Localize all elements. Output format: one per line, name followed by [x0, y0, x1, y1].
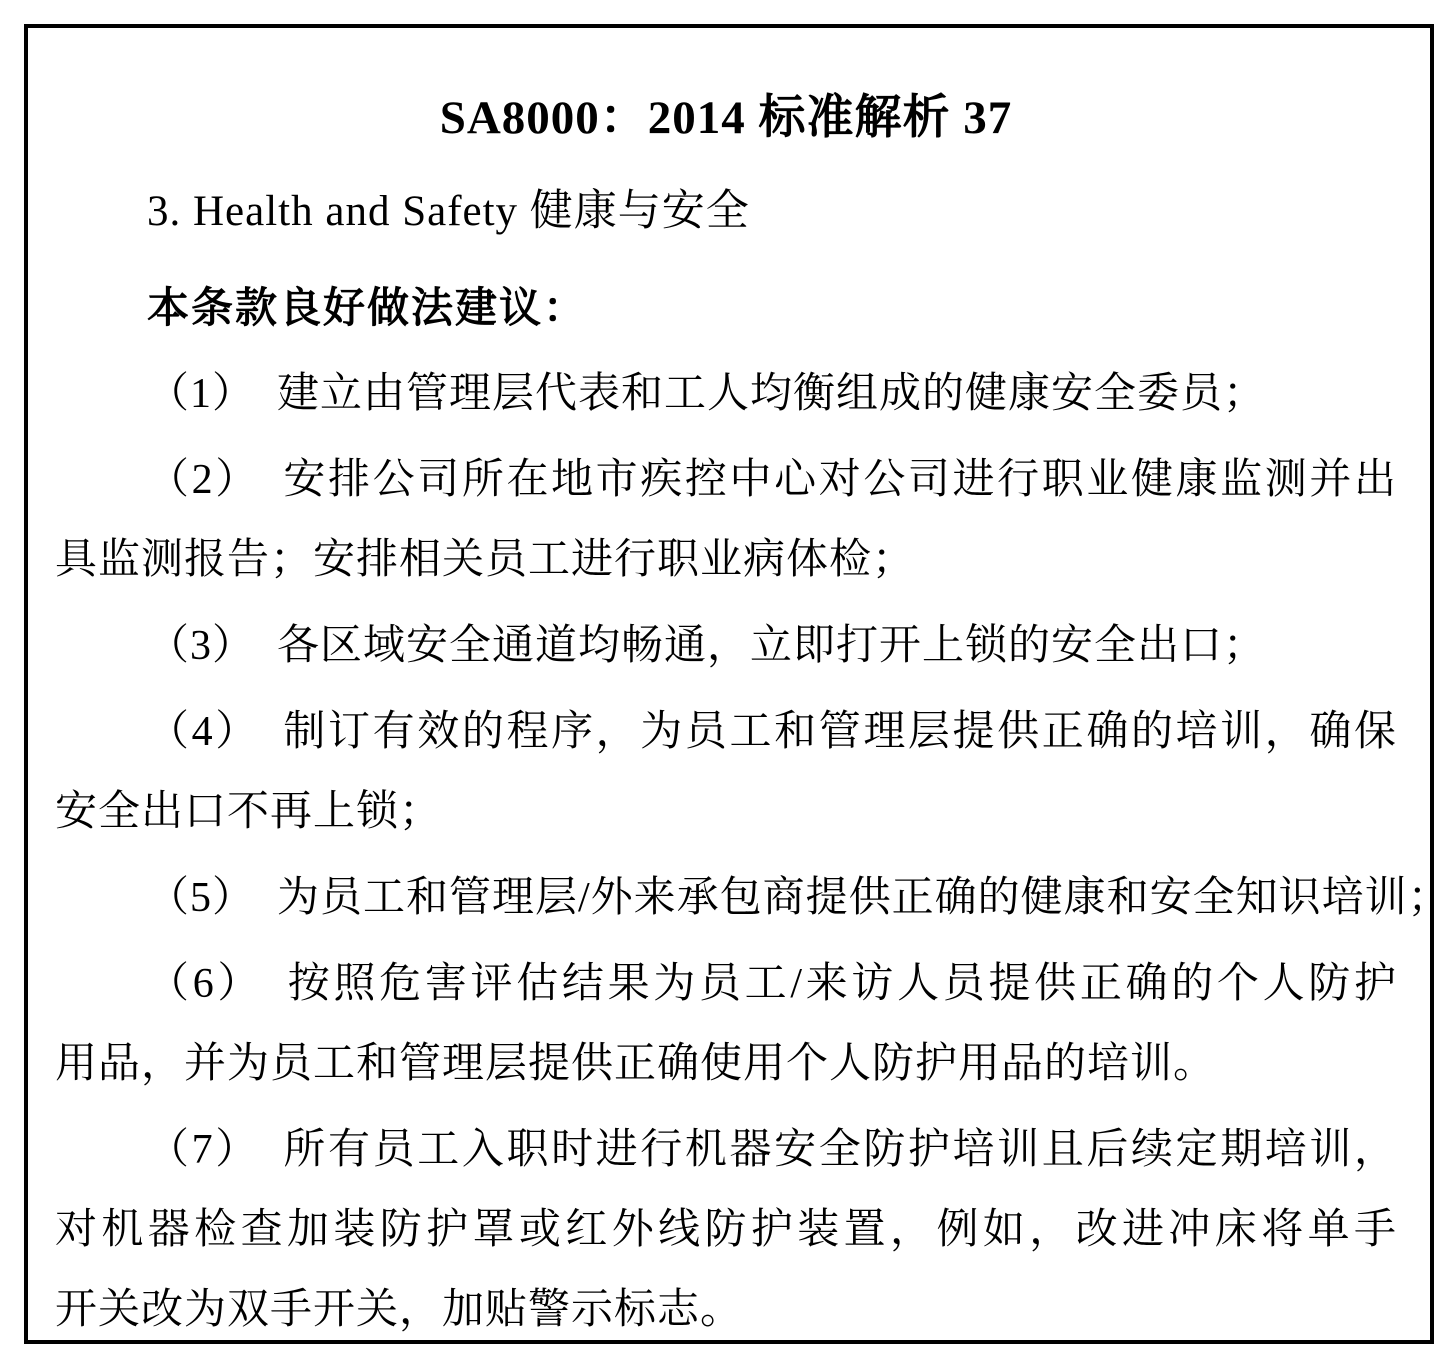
text-line: （3） 各区域安全通道均畅通，立即打开上锁的安全出口；: [55, 606, 1397, 686]
paragraph: （3） 各区域安全通道均畅通，立即打开上锁的安全出口；: [55, 606, 1397, 686]
paragraph: （5） 为员工和管理层/外来承包商提供正确的健康和安全知识培训；: [55, 858, 1397, 938]
text-line: 用品，并为员工和管理层提供正确使用个人防护用品的培训。: [55, 1024, 1397, 1104]
text-line: （2） 安排公司所在地市疾控中心对公司进行职业健康监测并出: [55, 440, 1397, 520]
text-line: 开关改为双手开关，加贴警示标志。: [55, 1270, 1397, 1350]
text-line: （4） 制订有效的程序，为员工和管理层提供正确的培训，确保: [55, 692, 1397, 772]
paragraph: （2） 安排公司所在地市疾控中心对公司进行职业健康监测并出具监测报告；安排相关员…: [55, 440, 1397, 600]
text-line: （7） 所有员工入职时进行机器安全防护培训且后续定期培训，: [55, 1110, 1397, 1190]
paragraph: （7） 所有员工入职时进行机器安全防护培训且后续定期培训，对机器检查加装防护罩或…: [55, 1110, 1397, 1350]
section-subtitle: 3. Health and Safety 健康与安全: [55, 172, 1397, 252]
text-line: 安全出口不再上锁；: [55, 772, 1397, 852]
paragraph: （1） 建立由管理层代表和工人均衡组成的健康安全委员；: [55, 354, 1397, 434]
page-border-frame: SA8000：2014 标准解析 37 3. Health and Safety…: [24, 24, 1434, 1344]
section-heading: 本条款良好做法建议：: [55, 268, 1397, 348]
text-line: （1） 建立由管理层代表和工人均衡组成的健康安全委员；: [55, 354, 1397, 434]
text-line: （5） 为员工和管理层/外来承包商提供正确的健康和安全知识培训；: [55, 858, 1397, 938]
document-page: { "colors": { "text": "#000000", "backgr…: [0, 0, 1451, 1363]
text-line: 具监测报告；安排相关员工进行职业病体检；: [55, 520, 1397, 600]
text-line: （6） 按照危害评估结果为员工/来访人员提供正确的个人防护: [55, 944, 1397, 1024]
paragraph: （4） 制订有效的程序，为员工和管理层提供正确的培训，确保安全出口不再上锁；: [55, 692, 1397, 852]
paragraph: （6） 按照危害评估结果为员工/来访人员提供正确的个人防护用品，并为员工和管理层…: [55, 944, 1397, 1104]
page-title: SA8000：2014 标准解析 37: [55, 78, 1397, 158]
paragraph-list: （1） 建立由管理层代表和工人均衡组成的健康安全委员；（2） 安排公司所在地市疾…: [55, 354, 1397, 1350]
text-line: 对机器检查加装防护罩或红外线防护装置，例如，改进冲床将单手: [55, 1190, 1397, 1270]
